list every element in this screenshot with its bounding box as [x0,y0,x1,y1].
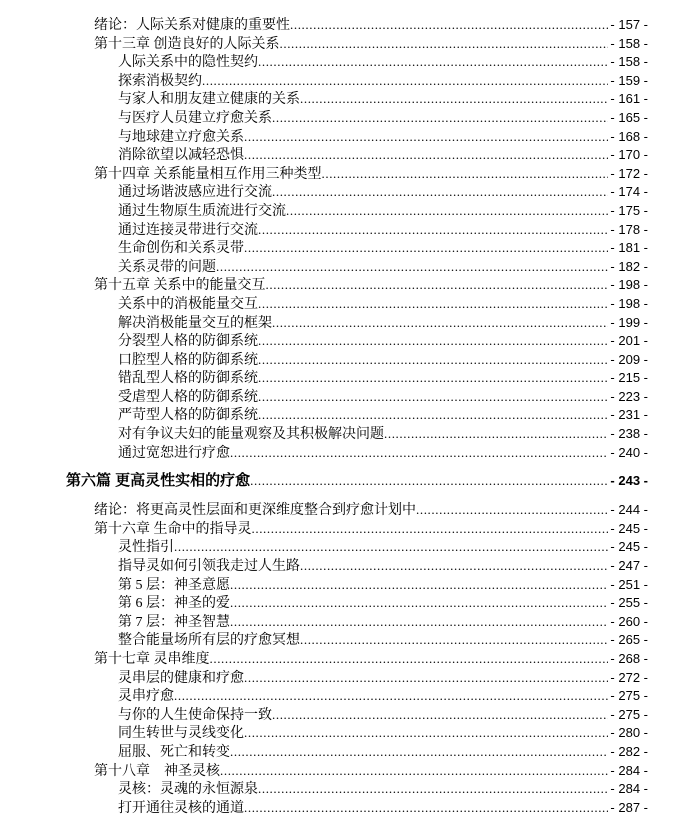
toc-entry[interactable]: 生命创伤和关系灵带 ..............................… [118,239,648,258]
toc-leader-dots: ........................................… [230,613,608,632]
toc-entry[interactable]: 第 6 层：神圣的爱 .............................… [118,594,648,613]
toc-leader-dots: ........................................… [230,444,608,463]
toc-page-number: - 159 - [608,72,648,91]
toc-entry-title: 受虐型人格的防御系统 [118,389,258,408]
toc-entry[interactable]: 第十三章 创造良好的人际关系 .........................… [94,35,648,54]
toc-page-number: - 284 - [608,780,648,799]
toc-leader-dots: ........................................… [258,53,608,72]
toc-page-number: - 175 - [608,202,648,221]
toc-leader-dots: ........................................… [202,72,608,91]
toc-entry-title: 与你的人生使命保持一致 [118,707,272,726]
toc-entry[interactable]: 第十五章 关系中的能量交互 ..........................… [94,276,648,295]
toc-entry[interactable]: 探索消极契约 .................................… [118,72,648,91]
toc-entry-title: 关系灵带的问题 [118,259,216,278]
toc-entry[interactable]: 与家人和朋友建立健康的关系 ..........................… [118,90,648,109]
toc-page-number: - 284 - [608,762,648,781]
toc-page-number: - 244 - [608,501,648,520]
toc-page-number: - 260 - [608,613,648,632]
toc-leader-dots: ........................................… [322,165,609,184]
toc-entry-title: 与家人和朋友建立健康的关系 [118,91,300,110]
toc-entry-title: 第十八章 神圣灵核 [94,763,220,782]
toc-entry-title: 与医疗人员建立疗愈关系 [118,110,272,129]
toc-entry[interactable]: 同生转世与灵线变化 ..............................… [118,724,648,743]
toc-entry[interactable]: 第十六章 生命中的指导灵 ...........................… [94,520,648,539]
toc-entry-title: 解决消极能量交互的框架 [118,315,272,334]
toc-entry-title: 生命创伤和关系灵带 [118,240,244,259]
toc-leader-dots: ........................................… [266,276,609,295]
toc-page-number: - 245 - [608,520,648,539]
toc-page-number: - 238 - [608,425,648,444]
toc-entry-title: 错乱型人格的防御系统 [118,370,258,389]
toc-entry[interactable]: 对有争议夫妇的能量观察及其积极解决问题 ....................… [118,425,648,444]
toc-leader-dots: ........................................… [258,406,608,425]
toc-leader-dots: ........................................… [258,351,608,370]
toc-page-number: - 181 - [608,239,648,258]
toc-page-number: - 158 - [608,53,648,72]
toc-entry[interactable]: 绪论：将更高灵性层面和更深维度整合到疗愈计划中 ................… [94,501,648,520]
toc-entry-title: 分裂型人格的防御系统 [118,333,258,352]
toc-page-number: - 243 - [608,471,648,490]
toc-page-number: - 282 - [608,743,648,762]
toc-entry-title: 对有争议夫妇的能量观察及其积极解决问题 [118,426,384,445]
toc-leader-dots: ........................................… [244,669,608,688]
toc-page-number: - 199 - [608,314,648,333]
toc-entry-title: 第十六章 生命中的指导灵 [94,521,252,540]
toc-leader-dots: ........................................… [300,631,608,650]
toc-entry[interactable]: 通过宽恕进行疗愈 ...............................… [118,444,648,463]
toc-leader-dots: ........................................… [272,183,608,202]
toc-entry[interactable]: 第十八章 神圣灵核 ..............................… [94,762,648,781]
toc-page-number: - 178 - [608,221,648,240]
toc-page-number: - 198 - [608,276,648,295]
toc-entry-title: 第 6 层：神圣的爱 [118,595,230,614]
toc-page-number: - 251 - [608,576,648,595]
toc-page-number: - 170 - [608,146,648,165]
toc-entry[interactable]: 通过生物原生质流进行交流 ...........................… [118,202,648,221]
toc-entry-title: 消除欲望以减轻恐惧 [118,147,244,166]
toc-leader-dots: ........................................… [210,650,609,669]
toc-leader-dots: ........................................… [230,576,608,595]
toc-entry[interactable]: 指导灵如何引领我走过人生路 ..........................… [118,557,648,576]
toc-entry-title: 灵核：灵魂的永恒源泉 [118,781,258,800]
toc-leader-dots: ........................................… [258,332,608,351]
toc-entry[interactable]: 错乱型人格的防御系统 .............................… [118,369,648,388]
toc-page-number: - 165 - [608,109,648,128]
toc-leader-dots: ........................................… [272,109,608,128]
toc-entry[interactable]: 与你的人生使命保持一致 ............................… [118,706,648,725]
toc-entry[interactable]: 消除欲望以减轻恐惧 ..............................… [118,146,648,165]
toc-entry[interactable]: 关系中的消极能量交互 .............................… [118,295,648,314]
toc-entry[interactable]: 第 7 层：神圣智慧 .............................… [118,613,648,632]
toc-entry[interactable]: 灵核：灵魂的永恒源泉 .............................… [118,780,648,799]
toc-entry-title: 探索消极契约 [118,73,202,92]
toc-entry-title: 严苛型人格的防御系统 [118,407,258,426]
toc-entry-title: 灵串层的健康和疗愈 [118,670,244,689]
toc-page-number: - 198 - [608,295,648,314]
toc-entry-title: 口腔型人格的防御系统 [118,352,258,371]
toc-entry-title: 通过宽恕进行疗愈 [118,445,230,464]
toc-leader-dots: ........................................… [416,501,608,520]
toc-entry-title: 整合能量场所有层的疗愈冥想 [118,632,300,651]
toc-entry[interactable]: 通过场谐波感应进行交流 ............................… [118,183,648,202]
toc-page-number: - 215 - [608,369,648,388]
toc-leader-dots: ........................................… [244,146,608,165]
toc-entry[interactable]: 口腔型人格的防御系统 .............................… [118,351,648,370]
toc-page-number: - 245 - [608,538,648,557]
toc-leader-dots: ........................................… [272,314,608,333]
toc-entry-title: 第十五章 关系中的能量交互 [94,277,266,296]
toc-leader-dots: ........................................… [244,724,608,743]
toc-entry-title: 关系中的消极能量交互 [118,296,258,315]
toc-page-number: - 201 - [608,332,648,351]
toc-entry-title: 第十七章 灵串维度 [94,651,210,670]
toc-entry[interactable]: 灵串层的健康和疗愈 ..............................… [118,669,648,688]
toc-leader-dots: ........................................… [244,128,608,147]
document-page: 绪论：人际关系对健康的重要性 .........................… [0,0,700,821]
toc-leader-dots: ........................................… [280,35,609,54]
toc-entry[interactable]: 打开通往灵核的通道 ..............................… [118,799,648,818]
toc-leader-dots: ........................................… [244,239,608,258]
toc-leader-dots: ........................................… [258,388,608,407]
toc-leader-dots: ........................................… [300,557,608,576]
toc-page-number: - 182 - [608,258,648,277]
toc-entry[interactable]: 屈服、死亡和转变 ...............................… [118,743,648,762]
toc-page-number: - 275 - [608,687,648,706]
toc-entry-title: 灵性指引 [118,539,174,558]
toc-entry-title: 同生转世与灵线变化 [118,725,244,744]
toc-entry-title: 屈服、死亡和转变 [118,744,230,763]
toc-entry[interactable]: 第 5 层：神圣意愿 .............................… [118,576,648,595]
toc-page-number: - 287 - [608,799,648,818]
toc-page-number: - 265 - [608,631,648,650]
toc-entry-title: 通过连接灵带进行交流 [118,222,258,241]
toc-page-number: - 158 - [608,35,648,54]
toc-entry[interactable]: 人际关系中的隐性契约 .............................… [118,53,648,72]
toc-entry-title: 与地球建立疗愈关系 [118,129,244,148]
toc-entry[interactable]: 第十七章 灵串维度 ..............................… [94,650,648,669]
toc-page-number: - 240 - [608,444,648,463]
toc-page-number: - 157 - [608,16,648,35]
toc-page-number: - 268 - [608,650,648,669]
toc-entry-title: 第 5 层：神圣意愿 [118,577,230,596]
toc-page-number: - 231 - [608,406,648,425]
toc-entry[interactable]: 关系灵带的问题 ................................… [118,258,648,277]
toc-entry[interactable]: 绪论：人际关系对健康的重要性 .........................… [94,16,648,35]
toc-entry[interactable]: 分裂型人格的防御系统 .............................… [118,332,648,351]
toc-leader-dots: ........................................… [250,471,608,490]
toc-page-number: - 255 - [608,594,648,613]
toc-page-number: - 161 - [608,90,648,109]
toc-leader-dots: ........................................… [258,221,608,240]
table-of-contents: 绪论：人际关系对健康的重要性 .........................… [66,16,648,817]
toc-entry-title: 通过生物原生质流进行交流 [118,203,286,222]
toc-leader-dots: ........................................… [216,258,608,277]
toc-entry[interactable]: 第十四章 关系能量相互作用三种类型 ......................… [94,165,648,184]
toc-entry-title: 第十三章 创造良好的人际关系 [94,36,280,55]
toc-entry[interactable]: 灵串疗愈 ...................................… [118,687,648,706]
toc-entry[interactable]: 灵性指引 ...................................… [118,538,648,557]
toc-leader-dots: ........................................… [174,538,608,557]
toc-leader-dots: ........................................… [384,425,608,444]
toc-entry[interactable]: 受虐型人格的防御系统 .............................… [118,388,648,407]
toc-leader-dots: ........................................… [258,295,608,314]
toc-page-number: - 174 - [608,183,648,202]
toc-leader-dots: ........................................… [258,780,608,799]
toc-entry[interactable]: 与地球建立疗愈关系 ..............................… [118,128,648,147]
toc-entry-title: 通过场谐波感应进行交流 [118,184,272,203]
toc-page-number: - 168 - [608,128,648,147]
toc-entry[interactable]: 整合能量场所有层的疗愈冥想 ..........................… [118,631,648,650]
toc-page-number: - 247 - [608,557,648,576]
toc-entry-title: 绪论：人际关系对健康的重要性 [94,17,290,36]
toc-page-number: - 272 - [608,669,648,688]
toc-entry-title: 第十四章 关系能量相互作用三种类型 [94,166,322,185]
toc-entry-title: 绪论：将更高灵性层面和更深维度整合到疗愈计划中 [94,502,416,521]
toc-page-number: - 172 - [608,165,648,184]
toc-entry[interactable]: 严苛型人格的防御系统 .............................… [118,406,648,425]
toc-section-entry[interactable]: 第六篇 更高灵性实相的疗愈 ..........................… [66,471,648,490]
toc-entry[interactable]: 与医疗人员建立疗愈关系 ............................… [118,109,648,128]
toc-leader-dots: ........................................… [300,90,608,109]
toc-entry[interactable]: 通过连接灵带进行交流 .............................… [118,221,648,240]
toc-leader-dots: ........................................… [272,706,608,725]
toc-entry[interactable]: 解决消极能量交互的框架 ............................… [118,314,648,333]
toc-leader-dots: ........................................… [174,687,608,706]
toc-leader-dots: ........................................… [290,16,608,35]
toc-leader-dots: ........................................… [252,520,609,539]
toc-page-number: - 209 - [608,351,648,370]
toc-leader-dots: ........................................… [244,799,608,818]
toc-entry-title: 打开通往灵核的通道 [118,800,244,819]
toc-leader-dots: ........................................… [230,594,608,613]
toc-leader-dots: ........................................… [258,369,608,388]
toc-page-number: - 280 - [608,724,648,743]
toc-leader-dots: ........................................… [286,202,608,221]
toc-leader-dots: ........................................… [220,762,608,781]
toc-entry-title: 灵串疗愈 [118,688,174,707]
toc-entry-title: 第六篇 更高灵性实相的疗愈 [66,471,250,490]
toc-entry-title: 人际关系中的隐性契约 [118,54,258,73]
toc-entry-title: 指导灵如何引领我走过人生路 [118,558,300,577]
toc-page-number: - 275 - [608,706,648,725]
toc-page-number: - 223 - [608,388,648,407]
toc-entry-title: 第 7 层：神圣智慧 [118,614,230,633]
toc-leader-dots: ........................................… [230,743,608,762]
